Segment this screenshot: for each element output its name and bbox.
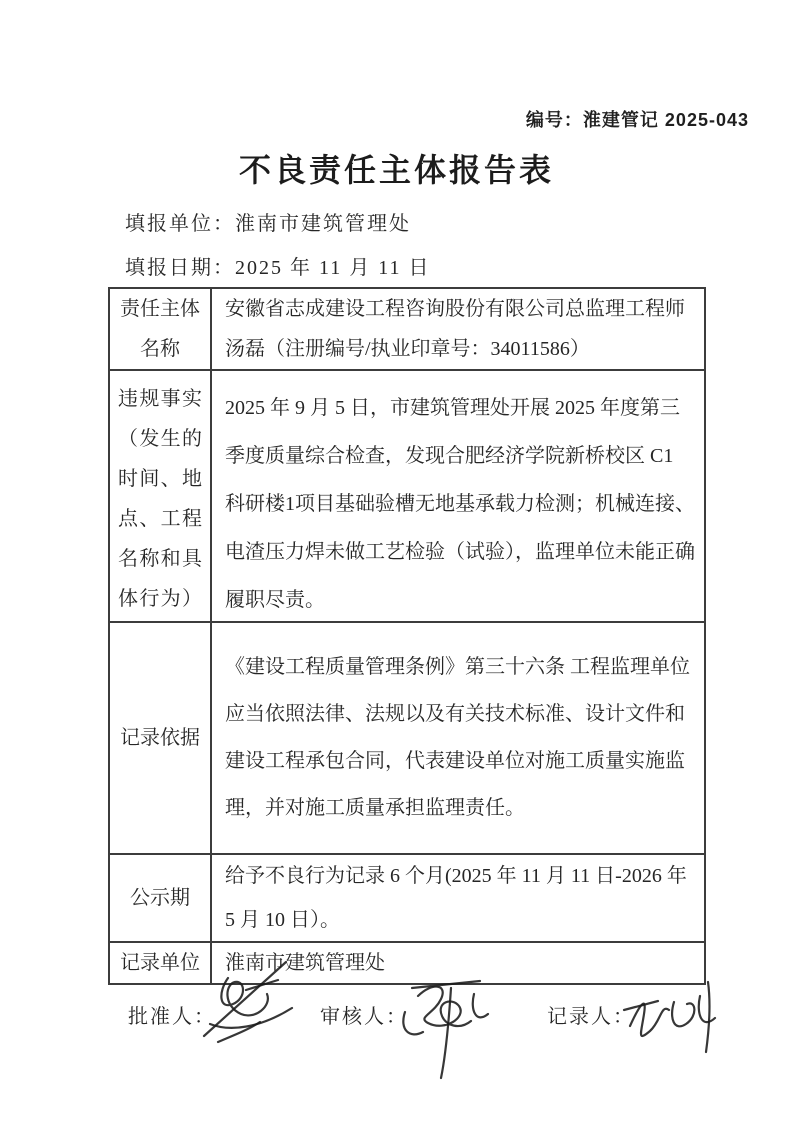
report-table: 责任主体名称 安徽省志成建设工程咨询股份有限公司总监理工程师汤磊（注册编号/执业… <box>108 287 706 985</box>
row-value: 《建设工程质量管理条例》第三十六条 工程监理单位应当依照法律、法规以及有关技术标… <box>212 623 704 853</box>
page-title: 不良责任主体报告表 <box>0 145 793 191</box>
row-value: 2025 年 9 月 5 日，市建筑管理处开展 2025 年度第三季度质量综合检… <box>212 371 704 621</box>
filing-unit-line: 填报单位：淮南市建筑管理处 <box>125 207 411 236</box>
table-row-recording-unit: 记录单位 淮南市建筑管理处 <box>110 943 704 983</box>
document-page: 编号：淮建管记 2025-043 不良责任主体报告表 填报单位：淮南市建筑管理处… <box>0 0 793 1122</box>
table-row-responsible-entity: 责任主体名称 安徽省志成建设工程咨询股份有限公司总监理工程师汤磊（注册编号/执业… <box>110 289 704 371</box>
doc-number: 编号：淮建管记 2025-043 <box>526 106 749 132</box>
row-label: 记录单位 <box>110 943 212 983</box>
row-value: 安徽省志成建设工程咨询股份有限公司总监理工程师汤磊（注册编号/执业印章号：340… <box>212 289 704 369</box>
row-label: 公示期 <box>110 855 212 941</box>
table-row-violation-facts: 违规事实（发生的时间、地点、工程名称和具体行为） 2025 年 9 月 5 日，… <box>110 371 704 623</box>
recorder-label: 记录人： <box>547 1000 635 1029</box>
reviewer-label: 审核人： <box>320 1000 408 1029</box>
row-label: 责任主体名称 <box>110 289 212 369</box>
approver-label: 批准人： <box>128 1000 216 1029</box>
row-value: 淮南市建筑管理处 <box>212 943 704 983</box>
row-value: 给予不良行为记录 6 个月(2025 年 11 月 11 日-2026 年 5 … <box>212 855 704 941</box>
table-row-publicity-period: 公示期 给予不良行为记录 6 个月(2025 年 11 月 11 日-2026 … <box>110 855 704 943</box>
row-label: 违规事实（发生的时间、地点、工程名称和具体行为） <box>110 371 212 621</box>
filing-date-line: 填报日期：2025 年 11 月 11 日 <box>125 251 431 280</box>
table-row-record-basis: 记录依据 《建设工程质量管理条例》第三十六条 工程监理单位应当依照法律、法规以及… <box>110 623 704 855</box>
row-label: 记录依据 <box>110 623 212 853</box>
